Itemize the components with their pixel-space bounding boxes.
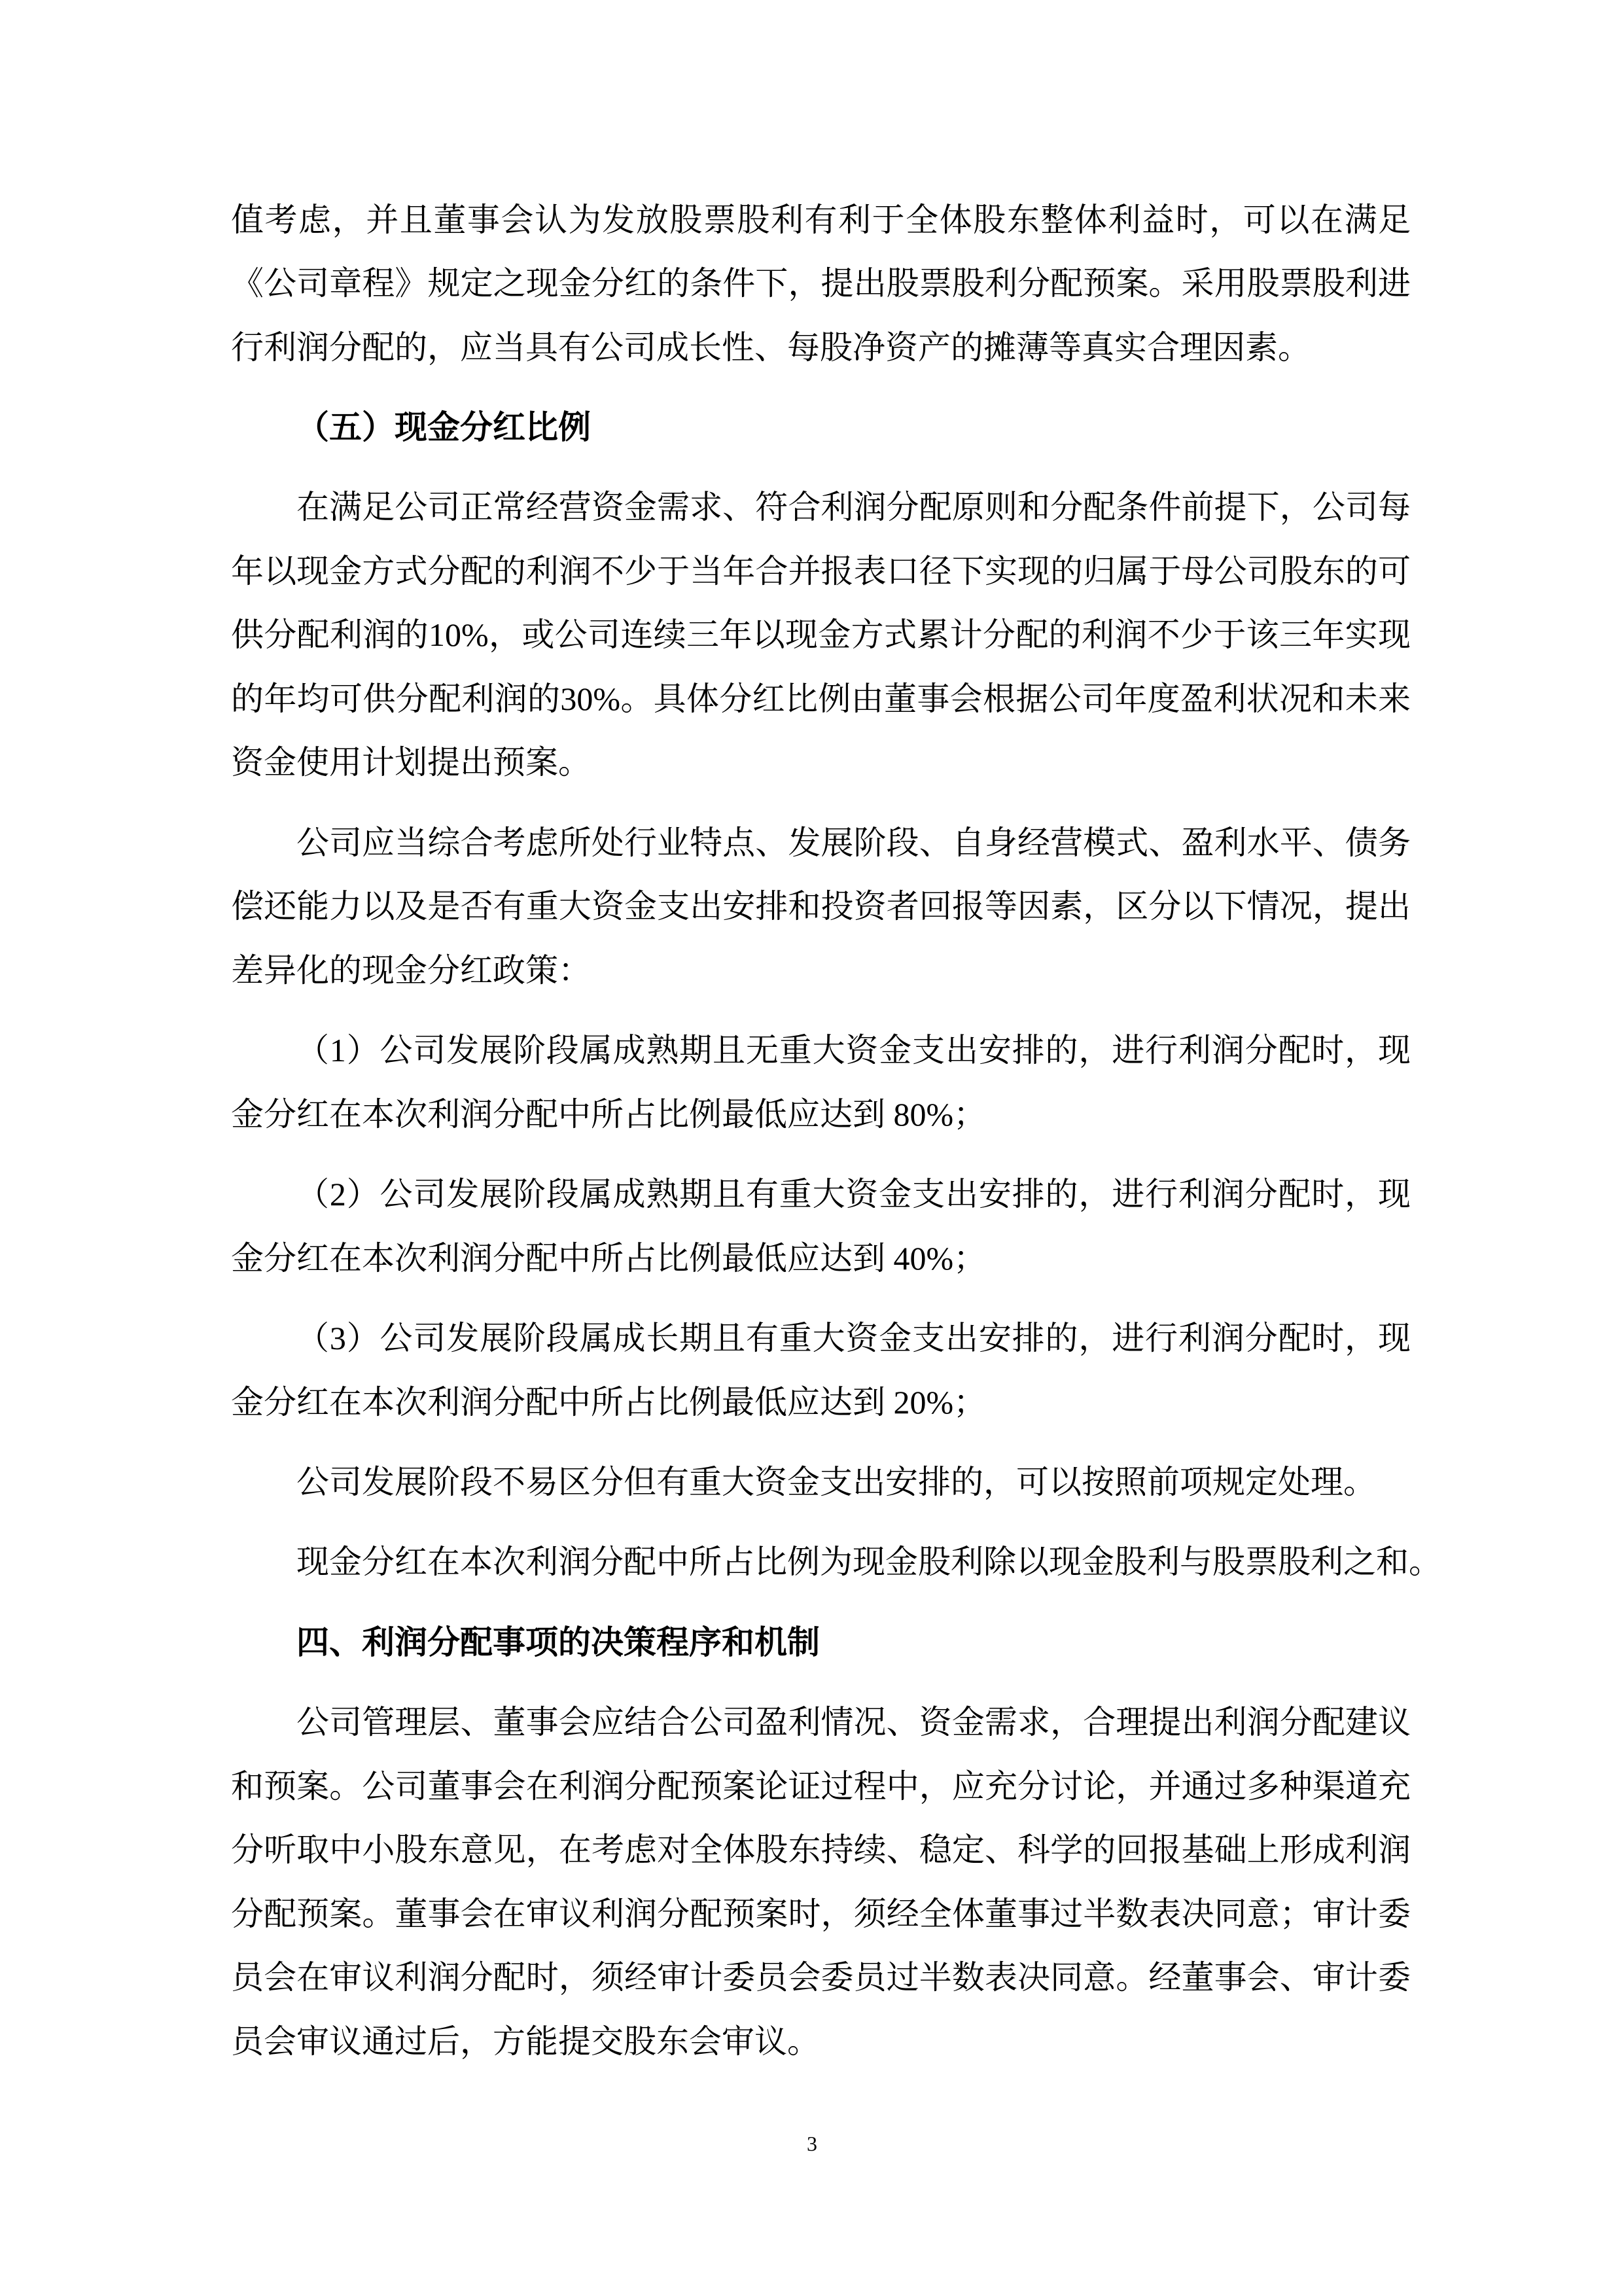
list-item-line: 金分红在本次利润分配中所占比例最低应达到 20%； (231, 1383, 1411, 1422)
paragraph-line: 偿还能力以及是否有重大资金支出安排和投资者回报等因素，区分以下情况，提出 (231, 887, 1411, 926)
paragraph-line: 值考虑，并且董事会认为发放股票股利有利于全体股东整体利益时，可以在满足 (231, 200, 1411, 239)
paragraph-line: 供分配利润的10%，或公司连续三年以现金方式累计分配的利润不少于该三年实现 (231, 615, 1411, 654)
list-item-line: （1）公司发展阶段属成熟期且无重大资金支出安排的，进行利润分配时，现 (296, 1031, 1411, 1070)
paragraph-line: 《公司章程》规定之现金分红的条件下，提出股票股利分配预案。采用股票股利进 (231, 264, 1411, 303)
paragraph-line: 的年均可供分配利润的30%。具体分红比例由董事会根据公司年度盈利状况和未来 (231, 679, 1411, 718)
document-page: 值考虑，并且董事会认为发放股票股利有利于全体股东整体利益时，可以在满足 《公司章… (0, 0, 1624, 2296)
paragraph-line: 差异化的现金分红政策： (231, 951, 1411, 990)
paragraph-line: 行利润分配的，应当具有公司成长性、每股净资产的摊薄等真实合理因素。 (231, 328, 1411, 367)
paragraph-line: 分听取中小股东意见，在考虑对全体股东持续、稳定、科学的回报基础上形成利润 (231, 1830, 1411, 1869)
paragraph-line: 公司发展阶段不易区分但有重大资金支出安排的，可以按照前项规定处理。 (296, 1462, 1411, 1502)
paragraph-line: 现金分红在本次利润分配中所占比例为现金股利除以现金股利与股票股利之和。 (296, 1542, 1411, 1581)
paragraph-line: 资金使用计划提出预案。 (231, 743, 1411, 782)
list-item-line: （3）公司发展阶段属成长期且有重大资金支出安排的，进行利润分配时，现 (296, 1318, 1411, 1358)
paragraph-line: 公司应当综合考虑所处行业特点、发展阶段、自身经营模式、盈利水平、债务 (296, 823, 1411, 862)
paragraph-line: 公司管理层、董事会应结合公司盈利情况、资金需求，合理提出利润分配建议 (296, 1703, 1411, 1742)
paragraph-line: 在满足公司正常经营资金需求、符合利润分配原则和分配条件前提下，公司每 (296, 487, 1411, 527)
list-item-line: 金分红在本次利润分配中所占比例最低应达到 80%； (231, 1095, 1411, 1134)
paragraph-line: 分配预案。董事会在审议利润分配预案时，须经全体董事过半数表决同意；审计委 (231, 1894, 1411, 1934)
paragraph-line: 年以现金方式分配的利润不少于当年合并报表口径下实现的归属于母公司股东的可 (231, 552, 1411, 591)
list-item-line: （2）公司发展阶段属成熟期且有重大资金支出安排的，进行利润分配时，现 (296, 1174, 1411, 1214)
section-heading-decision-procedure: 四、利润分配事项的决策程序和机制 (296, 1623, 1411, 1662)
paragraph-line: 员会在审议利润分配时，须经审计委员会委员过半数表决同意。经董事会、审计委 (231, 1958, 1411, 1997)
paragraph-line: 和预案。公司董事会在利润分配预案论证过程中，应充分讨论，并通过多种渠道充 (231, 1767, 1411, 1806)
page-number: 3 (779, 2130, 845, 2157)
section-heading-cash-dividend-ratio: （五）现金分红比例 (296, 408, 1411, 447)
list-item-line: 金分红在本次利润分配中所占比例最低应达到 40%； (231, 1239, 1411, 1278)
paragraph-line: 员会审议通过后，方能提交股东会审议。 (231, 2022, 1411, 2061)
